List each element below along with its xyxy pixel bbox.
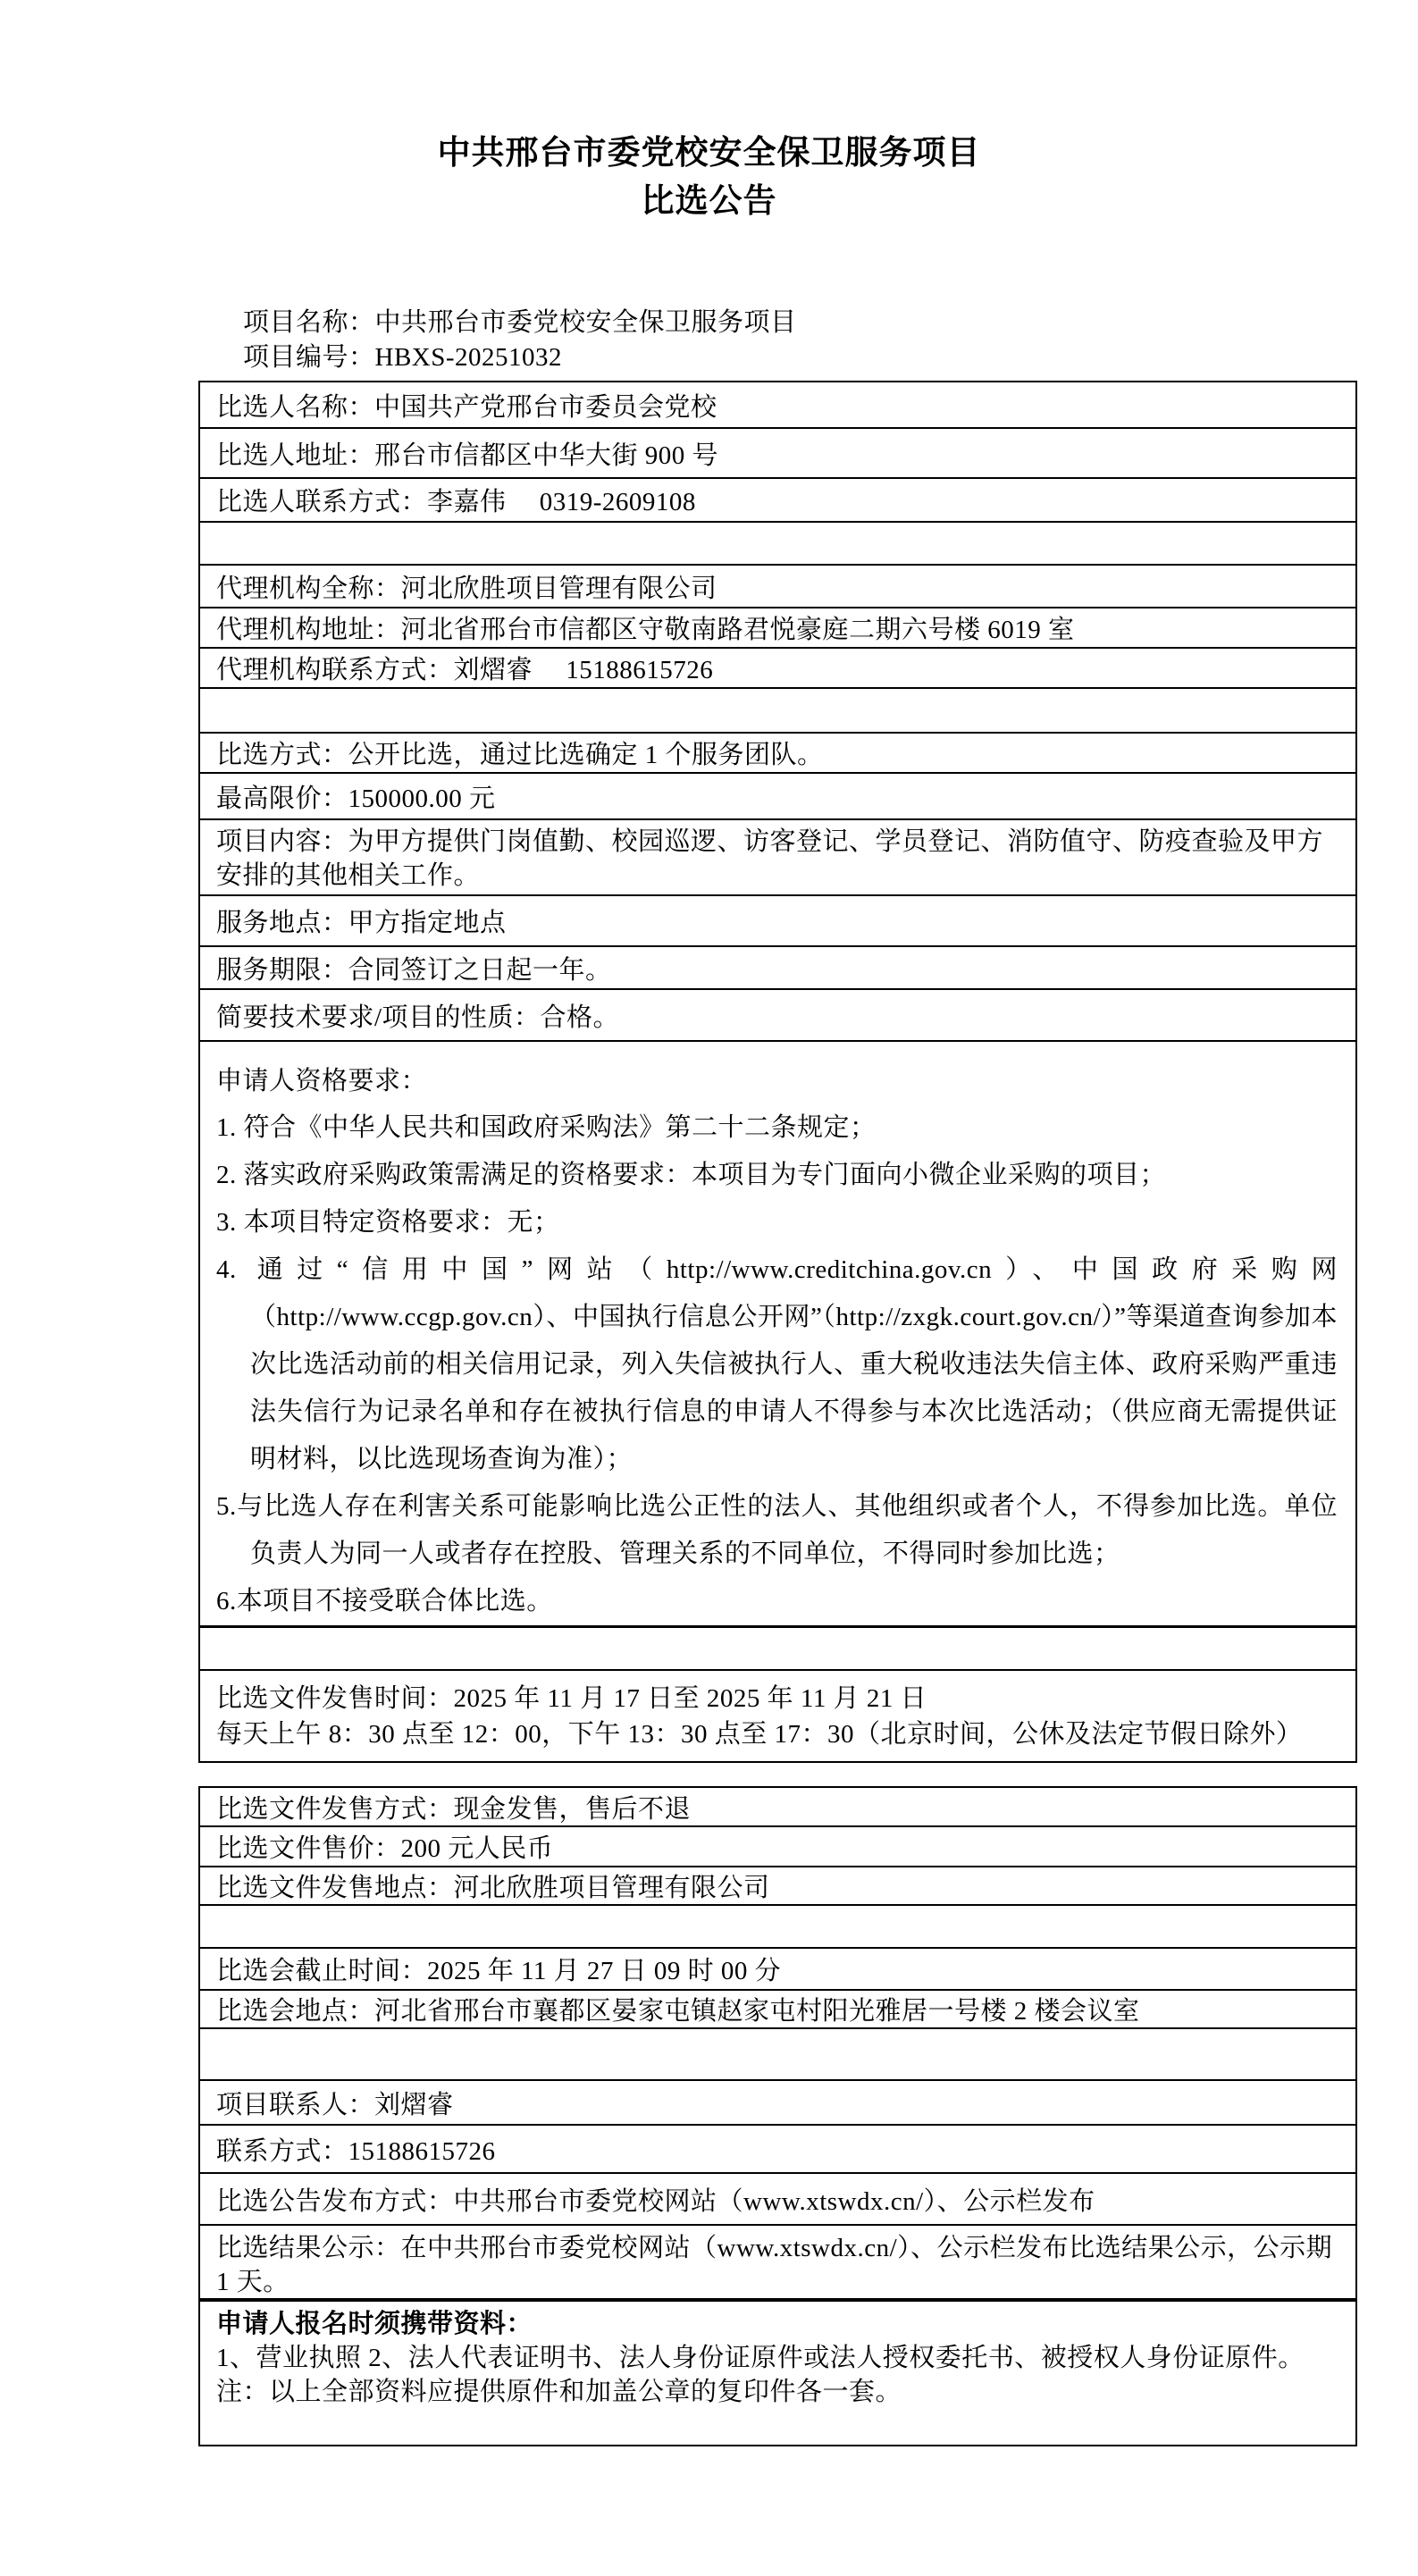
bidder-contact-text: 比选人联系方式：李嘉伟 0319-2609108 [216,482,696,518]
row-service-location: 服务地点：甲方指定地点 [200,896,1355,947]
materials-note: 注：以上全部资料应提供原件和加盖公章的复印件各一套。 [216,2375,1338,2409]
row-doc-sale-time: 比选文件发售时间：2025 年 11 月 17 日至 2025 年 11 月 2… [200,1671,1355,1761]
doc-price-text: 比选文件售价：200 元人民币 [216,1828,553,1865]
row-bidder-address: 比选人地址：邢台市信都区中华大街 900 号 [200,429,1355,479]
service-term-text: 服务期限：合同签订之日起一年。 [216,950,612,986]
row-agency-contact: 代理机构联系方式：刘熠睿 15188615726 [200,649,1355,689]
info-table-2: 比选文件发售方式：现金发售，售后不退 比选文件售价：200 元人民币 比选文件发… [198,1786,1357,2446]
row-sale-method: 比选文件发售方式：现金发售，售后不退 [200,1788,1355,1827]
qualification-item-4: 4. 通过“信用中国”网站（http://www.creditchina.gov… [216,1246,1338,1483]
row-materials: 申请人报名时须携带资料： 1、营业执照 2、法人代表证明书、法人身份证原件或法人… [200,2302,1355,2445]
row-empty-4 [200,1906,1355,1949]
row-sale-place: 比选文件发售地点：河北欣胜项目管理有限公司 [200,1867,1355,1906]
row-project-content: 项目内容：为甲方提供门岗值勤、校园巡逻、访客登记、学员登记、消防值守、防疫查验及… [200,820,1355,896]
document-page: 中共邢台市委党校安全保卫服务项目 比选公告 项目名称：中共邢台市委党校安全保卫服… [0,0,1418,2576]
contact-phone-text: 联系方式：15188615726 [216,2131,496,2168]
row-result-publicity: 比选结果公示：在中共邢台市委党校网站（www.xtswdx.cn/）、公示栏发布… [200,2226,1355,2302]
meeting-place-text: 比选会地点：河北省邢台市襄都区晏家屯镇赵家屯村阳光雅居一号楼 2 楼会议室 [216,1991,1140,2027]
doc-sale-time-line1: 比选文件发售时间：2025 年 11 月 17 日至 2025 年 11 月 2… [216,1681,1338,1716]
announce-method-text: 比选公告发布方式：中共邢台市委党校网站（www.xtswdx.cn/）、公示栏发… [216,2181,1095,2218]
row-contact-person: 项目联系人：刘熠睿 [200,2081,1355,2126]
qualification-item-5: 5.与比选人存在利害关系可能影响比选公正性的法人、其他组织或者个人，不得参加比选… [216,1483,1338,1578]
row-agency-name: 代理机构全称：河北欣胜项目管理有限公司 [200,566,1355,608]
materials-header: 申请人报名时须携带资料： [216,2307,1338,2341]
project-content-text: 项目内容：为甲方提供门岗值勤、校园巡逻、访客登记、学员登记、消防值守、防疫查验及… [216,827,1323,890]
row-bidder-name: 比选人名称：中国共产党邢台市委员会党校 [200,382,1355,429]
row-qualification: 申请人资格要求： 1. 符合《中华人民共和国政府采购法》第二十二条规定； 2. … [200,1042,1355,1628]
row-empty-2 [200,689,1355,734]
bidder-address-text: 比选人地址：邢台市信都区中华大街 900 号 [216,435,718,472]
qualification-item-3: 3. 本项目特定资格要求：无； [216,1199,1338,1246]
row-meeting-place: 比选会地点：河北省邢台市襄都区晏家屯镇赵家屯村阳光雅居一号楼 2 楼会议室 [200,1991,1355,2029]
row-empty-5 [200,2029,1355,2081]
sale-place-text: 比选文件发售地点：河北欣胜项目管理有限公司 [216,1867,770,1904]
doc-title-line2: 比选公告 [0,184,1418,220]
result-publicity-text: 比选结果公示：在中共邢台市委党校网站（www.xtswdx.cn/）、公示栏发布… [216,2234,1332,2296]
qualification-item-6: 6.本项目不接受联合体比选。 [216,1578,1338,1625]
doc-title-line1: 中共邢台市委党校安全保卫服务项目 [0,136,1418,172]
project-code-line: 项目编号：HBXS-20251032 [243,340,1418,375]
row-agency-address: 代理机构地址：河北省邢台市信都区守敬南路君悦豪庭二期六号楼 6019 室 [200,608,1355,649]
doc-sale-time-line2: 每天上午 8：30 点至 12：00，下午 13：30 点至 17：30（北京时… [216,1716,1338,1752]
row-announce-method: 比选公告发布方式：中共邢台市委党校网站（www.xtswdx.cn/）、公示栏发… [200,2174,1355,2226]
price-cap-text: 最高限价：150000.00 元 [216,778,496,815]
row-doc-price: 比选文件售价：200 元人民币 [200,1827,1355,1867]
meeting-deadline-text: 比选会截止时间：2025 年 11 月 27 日 09 时 00 分 [216,1951,781,1987]
qualification-item-1: 1. 符合《中华人民共和国政府采购法》第二十二条规定； [216,1104,1338,1152]
doc-title: 中共邢台市委党校安全保卫服务项目 比选公告 [0,0,1418,220]
row-tech-requirement: 简要技术要求/项目的性质：合格。 [200,990,1355,1042]
selection-method-text: 比选方式：公开比选，通过比选确定 1 个服务团队。 [216,734,824,771]
bidder-name-text: 比选人名称：中国共产党邢台市委员会党校 [216,387,717,424]
qualification-header: 申请人资格要求： [216,1058,1338,1104]
materials-line1: 1、营业执照 2、法人代表证明书、法人身份证原件或法人授权委托书、被授权人身份证… [216,2341,1338,2375]
agency-contact-text: 代理机构联系方式：刘熠睿 15188615726 [216,650,713,686]
project-meta: 项目名称：中共邢台市委党校安全保卫服务项目 项目编号：HBXS-20251032 [243,306,1418,375]
row-selection-method: 比选方式：公开比选，通过比选确定 1 个服务团队。 [200,734,1355,774]
agency-address-text: 代理机构地址：河北省邢台市信都区守敬南路君悦豪庭二期六号楼 6019 室 [216,609,1075,646]
row-price-cap: 最高限价：150000.00 元 [200,774,1355,820]
tech-requirement-text: 简要技术要求/项目的性质：合格。 [216,997,619,1034]
row-contact-phone: 联系方式：15188615726 [200,2126,1355,2174]
sale-method-text: 比选文件发售方式：现金发售，售后不退 [216,1789,691,1825]
agency-name-text: 代理机构全称：河北欣胜项目管理有限公司 [216,568,717,605]
row-empty-3 [200,1628,1355,1671]
info-table-1: 比选人名称：中国共产党邢台市委员会党校 比选人地址：邢台市信都区中华大街 900… [198,381,1357,1763]
project-name-line: 项目名称：中共邢台市委党校安全保卫服务项目 [243,306,1418,340]
row-empty-1 [200,523,1355,566]
contact-person-text: 项目联系人：刘熠睿 [216,2085,454,2121]
row-service-term: 服务期限：合同签订之日起一年。 [200,947,1355,990]
qualification-item-2: 2. 落实政府采购政策需满足的资格要求：本项目为专门面向小微企业采购的项目； [216,1152,1338,1199]
row-bidder-contact: 比选人联系方式：李嘉伟 0319-2609108 [200,479,1355,523]
service-location-text: 服务地点：甲方指定地点 [216,902,507,939]
row-meeting-deadline: 比选会截止时间：2025 年 11 月 27 日 09 时 00 分 [200,1949,1355,1991]
